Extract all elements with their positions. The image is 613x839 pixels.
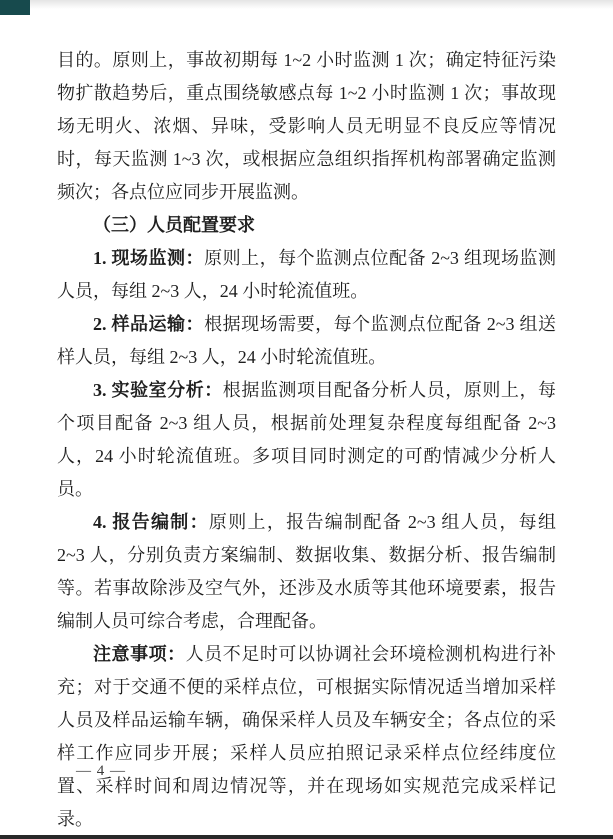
paragraph-notes: 注意事项：人员不足时可以协调社会环境检测机构进行补充；对于交通不便的采样点位，可… [57,638,556,836]
item-report-preparation: 4. 报告编制：原则上，报告编制配备 2~3 组人员，每组 2~3 人，分别负责… [57,506,556,638]
page-top-shadow [0,0,613,9]
item-onsite-monitoring-label: 1. 现场监测： [93,248,204,268]
paragraph-monitoring-frequency: 目的。原则上，事故初期每 1~2 小时监测 1 次；确定特征污染物扩散趋势后，重… [57,44,556,209]
item-report-preparation-label: 4. 报告编制： [93,512,209,532]
scan-artifact-corner [0,0,30,15]
page-number: — 4 — [76,763,126,779]
item-sample-transport: 2. 样品运输：根据现场需要，每个监测点位配备 2~3 组送样人员，每组 2~3… [57,308,556,374]
document-page: 目的。原则上，事故初期每 1~2 小时监测 1 次；确定特征污染物扩散趋势后，重… [0,0,613,839]
document-body: 目的。原则上，事故初期每 1~2 小时监测 1 次；确定特征污染物扩散趋势后，重… [57,44,556,836]
item-lab-analysis-label: 3. 实验室分析： [93,380,223,400]
item-sample-transport-label: 2. 样品运输： [93,314,204,334]
item-lab-analysis: 3. 实验室分析：根据监测项目配备分析人员，原则上，每个项目配备 2~3 组人员… [57,374,556,506]
item-onsite-monitoring: 1. 现场监测：原则上，每个监测点位配备 2~3 组现场监测人员，每组 2~3 … [57,242,556,308]
paragraph-notes-label: 注意事项： [93,644,186,664]
section-heading-personnel-requirements: （三）人员配置要求 [57,209,556,242]
paragraph-notes-text: 人员不足时可以协调社会环境检测机构进行补充；对于交通不便的采样点位，可根据实际情… [57,644,556,829]
page-bottom-edge [0,835,613,839]
page-footer: — 4 — [76,761,126,781]
